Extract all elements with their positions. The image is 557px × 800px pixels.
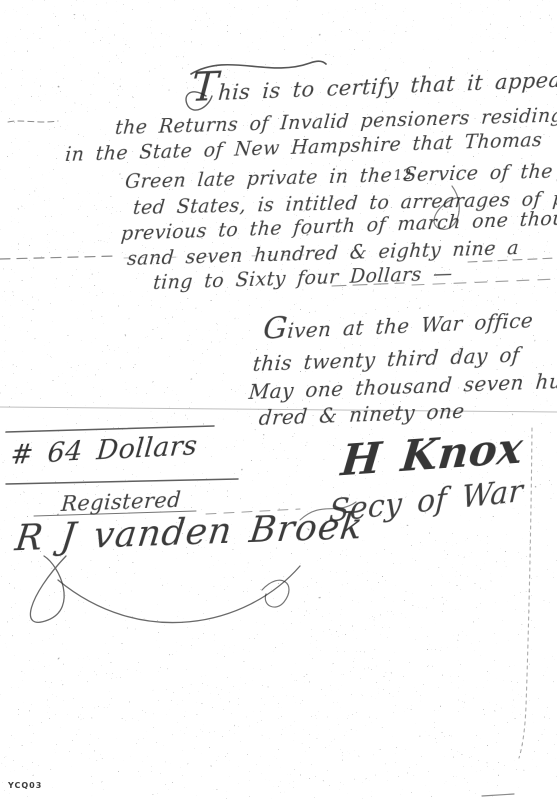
dateline-line: dred & ninety one bbox=[258, 399, 466, 430]
certificate-line: This is to certify that it appears from bbox=[190, 64, 557, 106]
interline-annotation: 12 bbox=[393, 167, 413, 184]
certificate-line: Green late private in the Service of the… bbox=[124, 159, 557, 193]
rule-below-amount bbox=[6, 479, 238, 484]
fold-line-left bbox=[0, 256, 118, 259]
registrar-paraph bbox=[262, 580, 289, 607]
stray-mark-left bbox=[8, 121, 58, 122]
registered-label: Registered bbox=[60, 488, 182, 516]
registrar-flourish-sweep bbox=[58, 566, 300, 623]
scan-corner-label: YCQ03 bbox=[8, 781, 42, 790]
dateline-line: Given at the War office bbox=[262, 308, 534, 344]
stray-mark-bottom-right bbox=[482, 794, 514, 796]
amount-note: # 64 Dollars bbox=[9, 430, 198, 471]
registrar-flourish-loop bbox=[30, 556, 66, 622]
scanned-certificate-page: This is to certify that it appears from … bbox=[0, 0, 557, 800]
